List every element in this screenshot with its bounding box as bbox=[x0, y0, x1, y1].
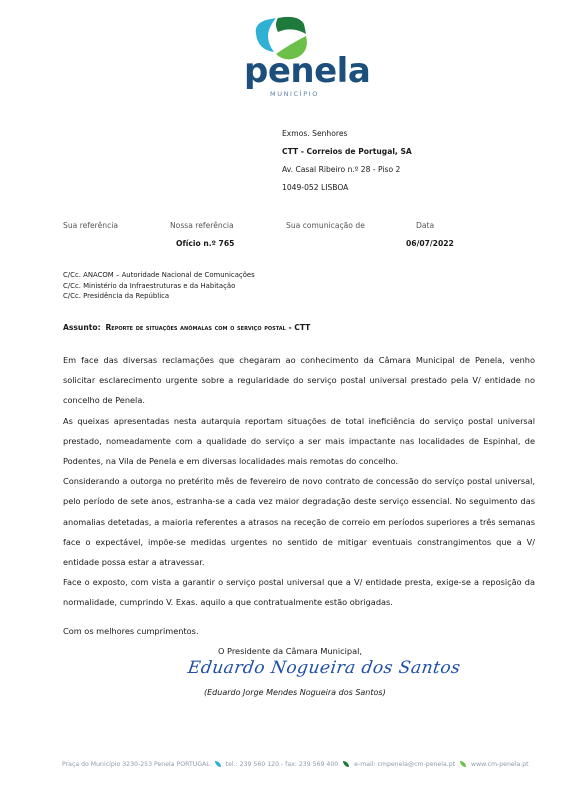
label-date: Data bbox=[416, 221, 434, 230]
subject-line: Assunto: Reporte de situações anómalas c… bbox=[63, 323, 310, 332]
footer-address: Praça do Município 3230-253 Penela PORTU… bbox=[62, 761, 210, 768]
body-paragraph: Face o exposto, com vista a garantir o s… bbox=[63, 572, 535, 612]
label-your-communication: Sua comunicação de bbox=[286, 221, 365, 230]
leaf-icon bbox=[460, 761, 466, 767]
addressee-block: Exmos. Senhores CTT - Correios de Portug… bbox=[282, 125, 412, 197]
leaf-icon bbox=[215, 761, 221, 767]
addressee-street: Av. Casal Ribeiro n.º 28 - Piso 2 bbox=[282, 161, 412, 179]
addressee-salutation: Exmos. Senhores bbox=[282, 125, 412, 143]
label-your-reference: Sua referência bbox=[63, 221, 118, 230]
cc-item: C/Cc. Ministério da Infraestruturas e da… bbox=[63, 281, 255, 292]
addressee-city: 1049-052 LISBOA bbox=[282, 179, 412, 197]
body-paragraph: As queixas apresentadas nesta autarquia … bbox=[63, 411, 535, 472]
addressee-name: CTT - Correios de Portugal, SA bbox=[282, 143, 412, 161]
closing-text: Com os melhores cumprimentos. bbox=[63, 626, 199, 636]
logo-subtitle: MUNICÍPIO bbox=[270, 90, 319, 98]
signatory-name: (Eduardo Jorge Mendes Nogueira dos Santo… bbox=[204, 688, 386, 697]
label-our-reference: Nossa referência bbox=[170, 221, 234, 230]
municipality-logo: penela MUNICÍPIO bbox=[240, 14, 370, 100]
body-paragraph: Considerando a outorga no pretérito mês … bbox=[63, 471, 535, 572]
logo-wordmark: penela bbox=[244, 54, 370, 88]
subject-label: Assunto: bbox=[63, 323, 101, 332]
date-value: 06/07/2022 bbox=[406, 239, 454, 248]
footer: Praça do Município 3230-253 Penela PORTU… bbox=[62, 761, 529, 768]
cc-item: C/Cc. Presidência da República bbox=[63, 291, 255, 302]
handwritten-signature: Eduardo Nogueira dos Santos bbox=[187, 658, 462, 678]
body-paragraph: Em face das diversas reclamações que che… bbox=[63, 350, 535, 411]
leaf-icon bbox=[343, 761, 349, 767]
subject-text: Reporte de situações anómalas com o serv… bbox=[105, 323, 310, 332]
cc-list: C/Cc. ANACOM – Autoridade Nacional de Co… bbox=[63, 270, 255, 302]
letter-body: Em face das diversas reclamações que che… bbox=[63, 350, 535, 613]
footer-website[interactable]: www.cm-penela.pt bbox=[471, 761, 529, 768]
footer-email[interactable]: e-mail: cmpenela@cm-penela.pt bbox=[354, 761, 455, 768]
signatory-title: O Presidente da Câmara Municipal, bbox=[218, 646, 362, 656]
footer-phone: tel.: 239 560 120 - fax: 239 569 400 bbox=[226, 761, 339, 768]
cc-item: C/Cc. ANACOM – Autoridade Nacional de Co… bbox=[63, 270, 255, 281]
our-reference-value: Ofício n.º 765 bbox=[176, 239, 234, 248]
